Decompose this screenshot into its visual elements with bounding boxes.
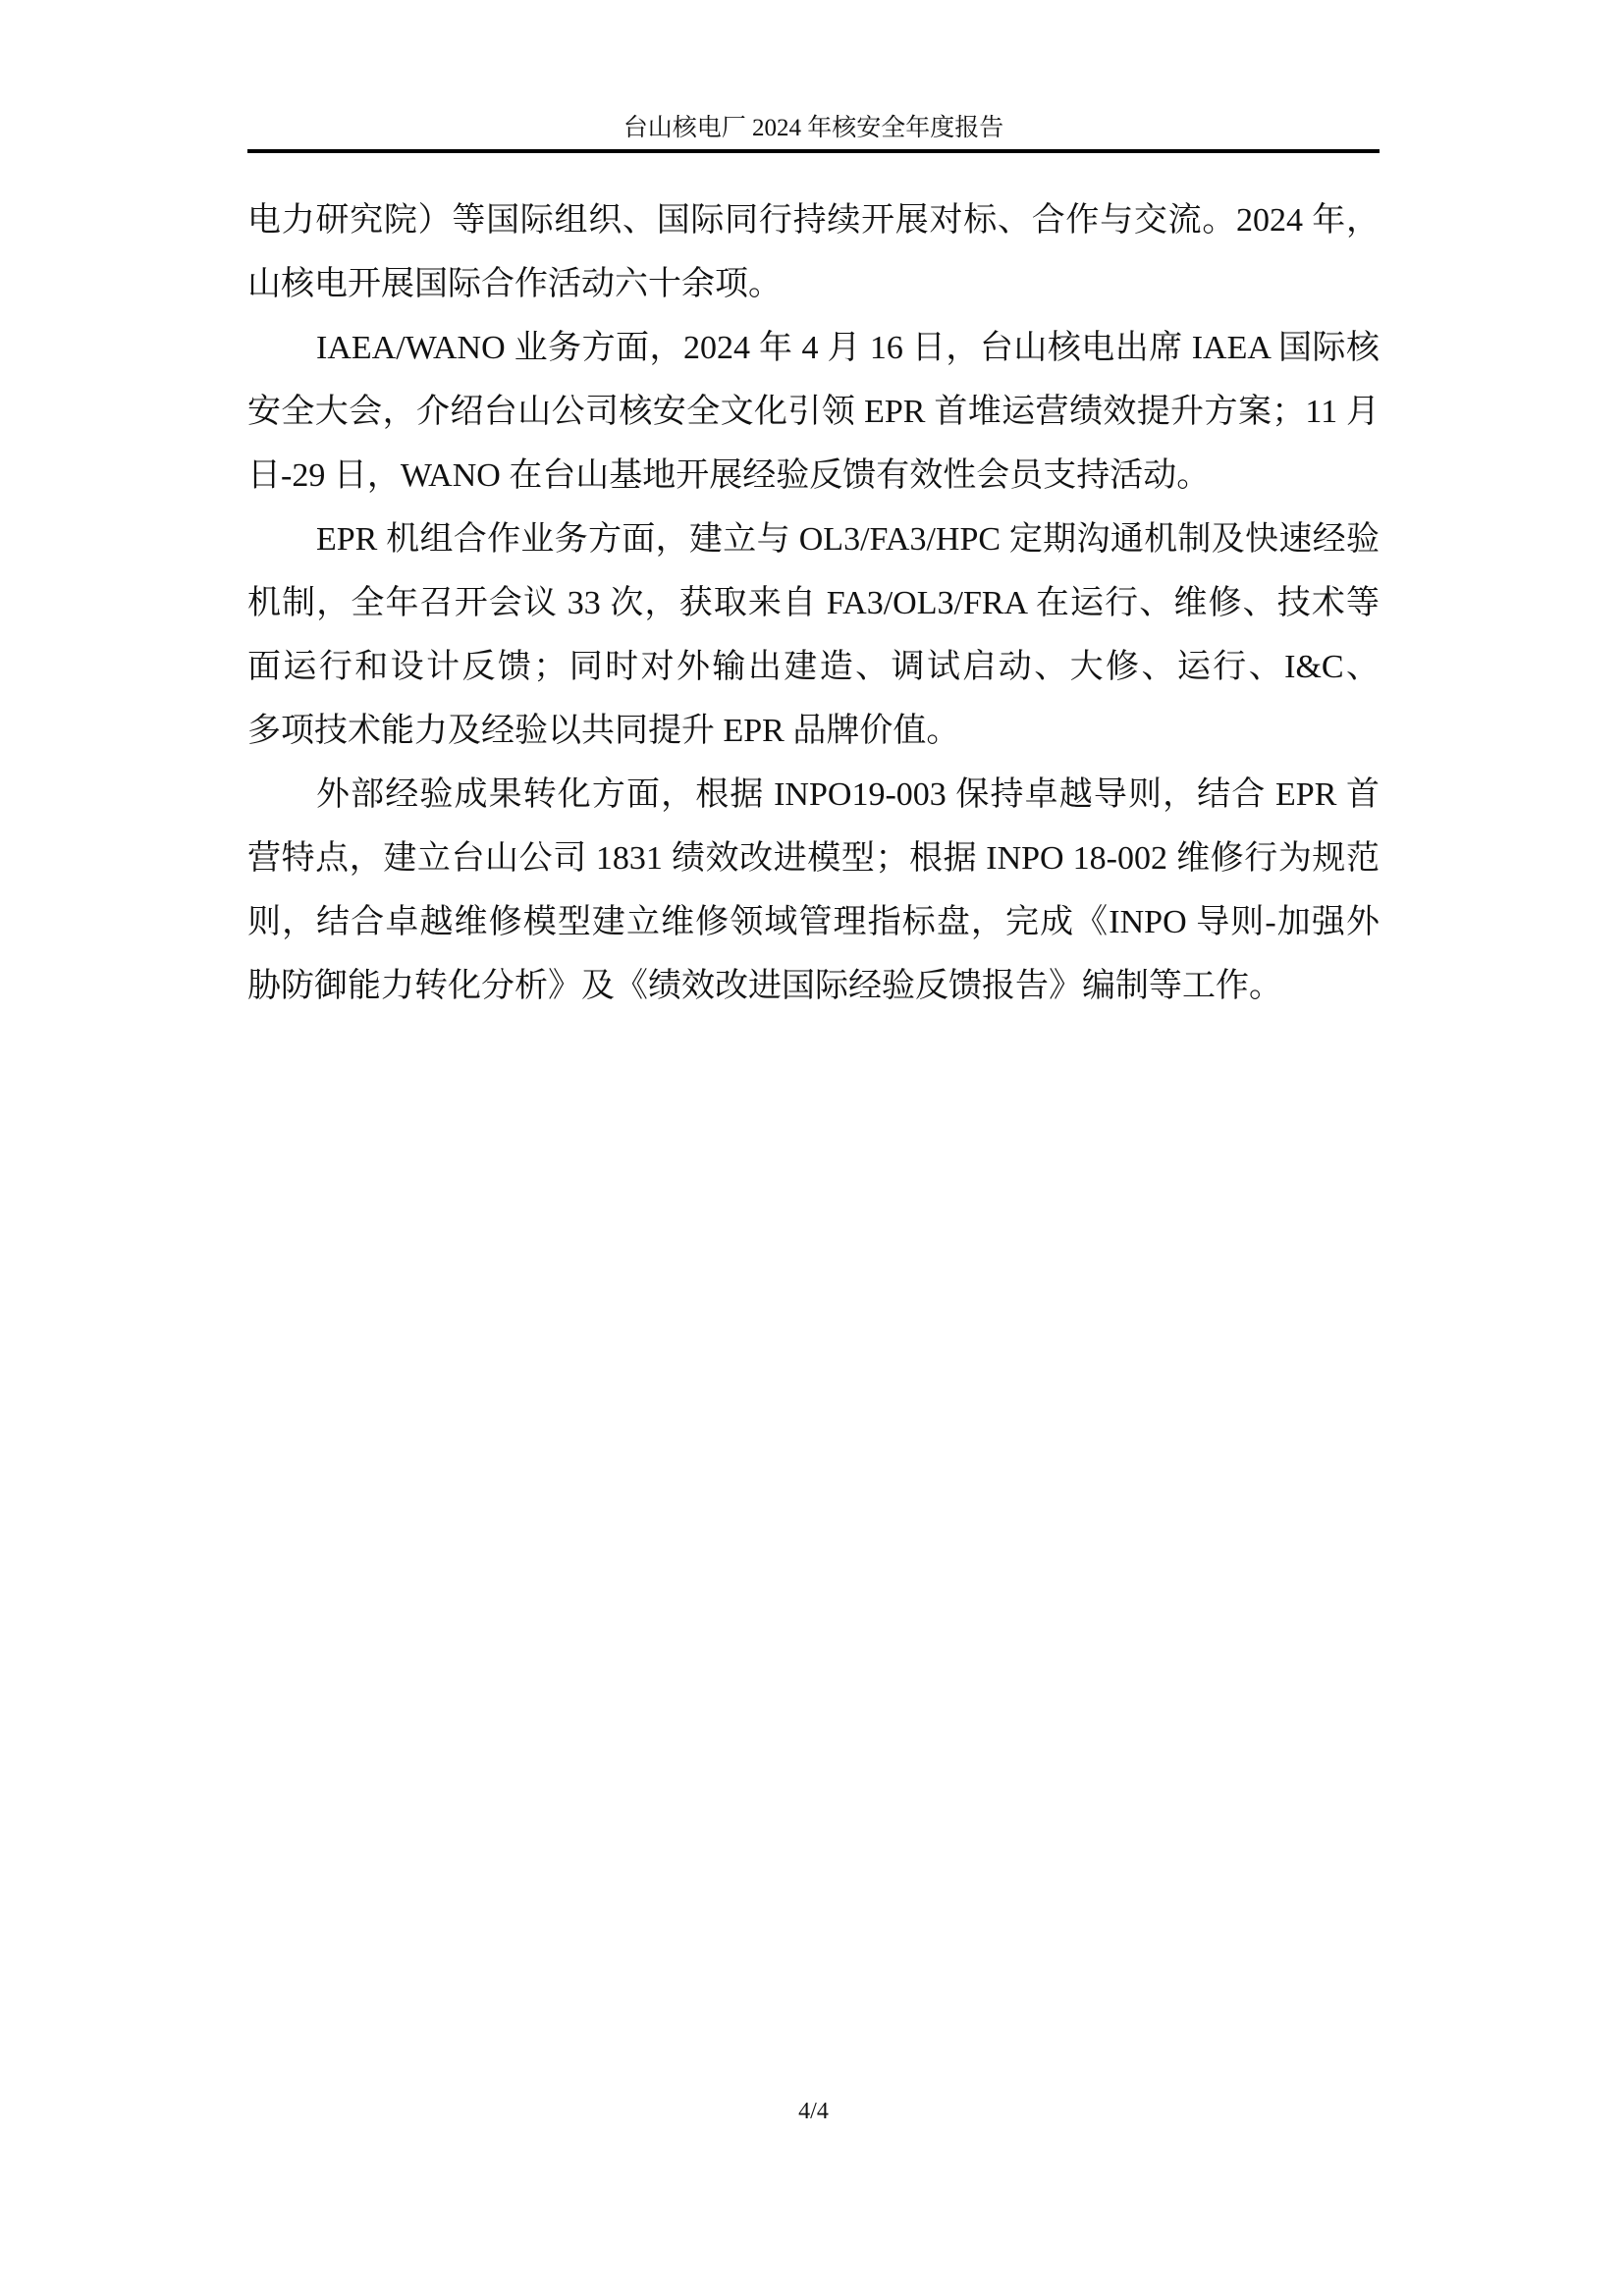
text-line: 日-29 日，WANO 在台山基地开展经验反馈有效性会员支持活动。: [247, 444, 1380, 507]
page-number: 4/4: [247, 2097, 1380, 2126]
text-line: 多项技术能力及经验以共同提升 EPR 品牌价值。: [247, 699, 1380, 763]
text-line: 胁防御能力转化分析》及《绩效改进国际经验反馈报告》编制等工作。: [247, 954, 1380, 1018]
text-line: EPR 机组合作业务方面，建立与 OL3/FA3/HPC 定期沟通机制及快速经验…: [247, 507, 1380, 571]
text-line: 面运行和设计反馈；同时对外输出建造、调试启动、大修、运行、I&C、CRDM 等: [247, 635, 1380, 699]
document-page: 台山核电厂 2024 年核安全年度报告 电力研究院）等国际组织、国际同行持续开展…: [0, 0, 1624, 2296]
text-line: IAEA/WANO 业务方面，2024 年 4 月 16 日，台山核电出席 IA…: [247, 316, 1380, 380]
text-line: 外部经验成果转化方面，根据 INPO19-003 保持卓越导则，结合 EPR 首…: [247, 763, 1380, 827]
body-text: 电力研究院）等国际组织、国际同行持续开展对标、合作与交流。2024 年，台 山核…: [247, 188, 1380, 1018]
text-line: 营特点，建立台山公司 1831 绩效改进模型；根据 INPO 18-002 维修…: [247, 827, 1380, 890]
text-line: 则，结合卓越维修模型建立维修领域管理指标盘，完成《INPO 导则-加强外部威: [247, 890, 1380, 954]
header-rule-divider: [247, 149, 1380, 153]
header-title: 台山核电厂 2024 年核安全年度报告: [247, 114, 1380, 143]
text-line: 山核电开展国际合作活动六十余项。: [247, 252, 1380, 316]
text-line: 机制，全年召开会议 33 次，获取来自 FA3/OL3/FRA 在运行、维修、技…: [247, 571, 1380, 635]
text-line: 安全大会，介绍台山公司核安全文化引领 EPR 首堆运营绩效提升方案；11 月 2…: [247, 380, 1380, 444]
text-line: 电力研究院）等国际组织、国际同行持续开展对标、合作与交流。2024 年，台: [247, 188, 1380, 252]
